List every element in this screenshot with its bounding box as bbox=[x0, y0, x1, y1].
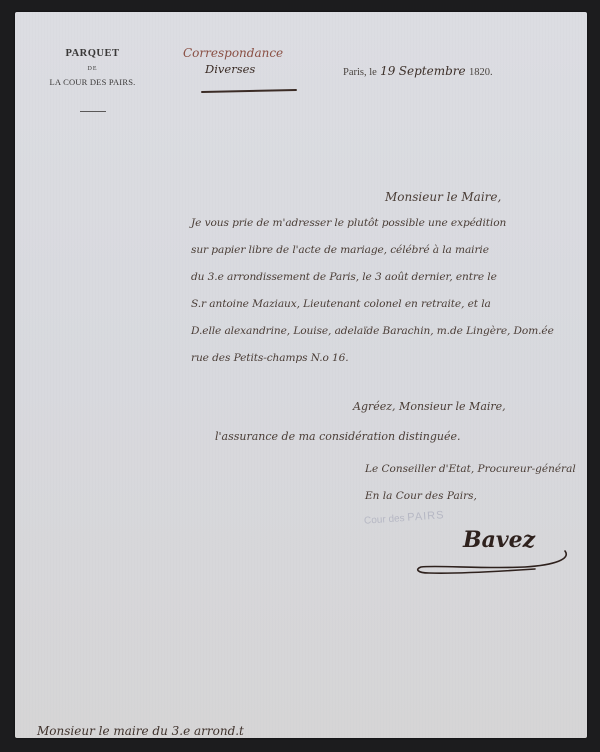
body-line: rue des Petits-champs N.o 16. bbox=[191, 352, 349, 364]
dateline-day: 19 bbox=[380, 64, 395, 78]
letterhead-rule bbox=[80, 111, 106, 112]
address-line: Monsieur le maire du 3.e arrond.t bbox=[37, 724, 244, 738]
signature-flourish-icon bbox=[415, 547, 575, 577]
signer-title-2: En la Cour des Pairs, bbox=[365, 490, 477, 502]
annotation-diverses: Diverses bbox=[205, 62, 255, 76]
letter-paper: PARQUET DE LA COUR DES PAIRS. Correspond… bbox=[15, 12, 587, 738]
closing-line-1: Agréez, Monsieur le Maire, bbox=[353, 400, 506, 413]
letterhead: PARQUET DE LA COUR DES PAIRS. bbox=[40, 48, 145, 112]
letterhead-parquet: PARQUET bbox=[40, 48, 145, 59]
dateline: Paris, le 19 Septembre 1820. bbox=[343, 64, 493, 78]
body-line: D.elle alexandrine, Louise, adelaïde Bar… bbox=[191, 325, 554, 337]
annotation-underline bbox=[201, 89, 297, 93]
body-line: sur papier libre de l'acte de mariage, c… bbox=[191, 244, 489, 256]
dateline-month: Septembre bbox=[399, 64, 466, 78]
closing-line-2: l'assurance de ma considération distingu… bbox=[215, 430, 461, 443]
signer-title-1: Le Conseiller d'Etat, Procureur-général bbox=[365, 463, 576, 475]
annotation-correspondance: Correspondance bbox=[183, 46, 283, 60]
dateline-year: 1820. bbox=[469, 67, 493, 78]
stamp-text: Cour des bbox=[364, 513, 405, 527]
salutation: Monsieur le Maire, bbox=[385, 190, 501, 204]
letterhead-de: DE bbox=[40, 66, 145, 72]
body-line: Je vous prie de m'adresser le plutôt pos… bbox=[191, 217, 506, 229]
faded-stamp: Cour des PAIRS bbox=[364, 509, 445, 527]
dateline-prefix: Paris, le bbox=[343, 67, 377, 78]
letterhead-cour-des-pairs: LA COUR DES PAIRS. bbox=[40, 77, 145, 87]
stamp-caps: PAIRS bbox=[407, 509, 445, 524]
body-line: S.r antoine Maziaux, Lieutenant colonel … bbox=[191, 298, 491, 310]
body-line: du 3.e arrondissement de Paris, le 3 aoû… bbox=[191, 271, 497, 283]
